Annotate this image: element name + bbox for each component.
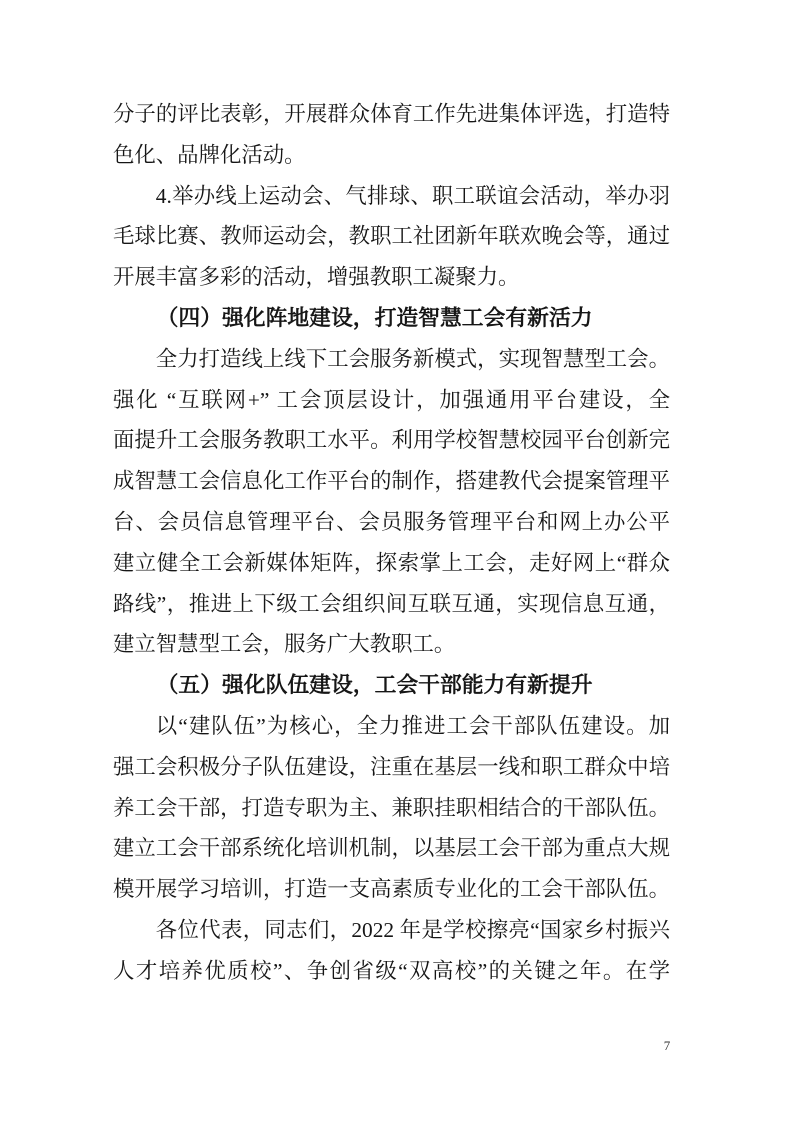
text-line: 以“建队伍”为核心，全力推进工会干部队伍建设。加 bbox=[113, 706, 670, 747]
text-line: 模开展学习培训，打造一支高素质专业化的工会干部队伍。 bbox=[113, 869, 670, 910]
text-line: 建立健全工会新媒体矩阵，探索掌上工会，走好网上“群众 bbox=[113, 543, 670, 584]
text-line: 建立工会干部系统化培训机制，以基层工会干部为重点大规 bbox=[113, 828, 670, 869]
text-line: 台、会员信息管理平台、会员服务管理平台和网上办公平台， bbox=[113, 502, 670, 543]
text-line: 养工会干部，打造专职为主、兼职挂职相结合的干部队伍。 bbox=[113, 788, 670, 829]
text-line: 强工会积极分子队伍建设，注重在基层一线和职工群众中培 bbox=[113, 747, 670, 788]
document-page: 分子的评比表彰，开展群众体育工作先进集体评选，打造特色化、品牌化活动。4.举办线… bbox=[0, 0, 793, 1122]
text-line: 全力打造线上线下工会服务新模式，实现智慧型工会。 bbox=[113, 339, 670, 380]
text-line: 4.举办线上运动会、气排球、职工联谊会活动，举办羽 bbox=[113, 176, 670, 217]
text-line: 分子的评比表彰，开展群众体育工作先进集体评选，打造特 bbox=[113, 94, 670, 135]
text-line: 面提升工会服务教职工水平。利用学校智慧校园平台创新完 bbox=[113, 420, 670, 461]
text-line: 色化、品牌化活动。 bbox=[113, 135, 670, 176]
text-line: 人才培养优质校”、争创省级“双高校”的关键之年。在学 bbox=[113, 951, 670, 992]
section-heading: （五）强化队伍建设，工会干部能力有新提升 bbox=[113, 665, 670, 706]
text-line: 强化 “互联网+” 工会顶层设计，加强通用平台建设，全 bbox=[113, 380, 670, 421]
text-line: 开展丰富多彩的活动，增强教职工凝聚力。 bbox=[113, 257, 670, 298]
page-number: 7 bbox=[655, 1038, 679, 1054]
text-line: 各位代表，同志们，2022 年是学校擦亮“国家乡村振兴 bbox=[113, 910, 670, 951]
document-body: 分子的评比表彰，开展群众体育工作先进集体评选，打造特色化、品牌化活动。4.举办线… bbox=[113, 94, 670, 992]
text-line: 建立智慧型工会，服务广大教职工。 bbox=[113, 624, 670, 665]
text-line: 成智慧工会信息化工作平台的制作，搭建教代会提案管理平 bbox=[113, 461, 670, 502]
text-line: 路线”，推进上下级工会组织间互联互通，实现信息互通， bbox=[113, 584, 670, 625]
text-line: 毛球比赛、教师运动会，教职工社团新年联欢晚会等，通过 bbox=[113, 216, 670, 257]
section-heading: （四）强化阵地建设，打造智慧工会有新活力 bbox=[113, 298, 670, 339]
